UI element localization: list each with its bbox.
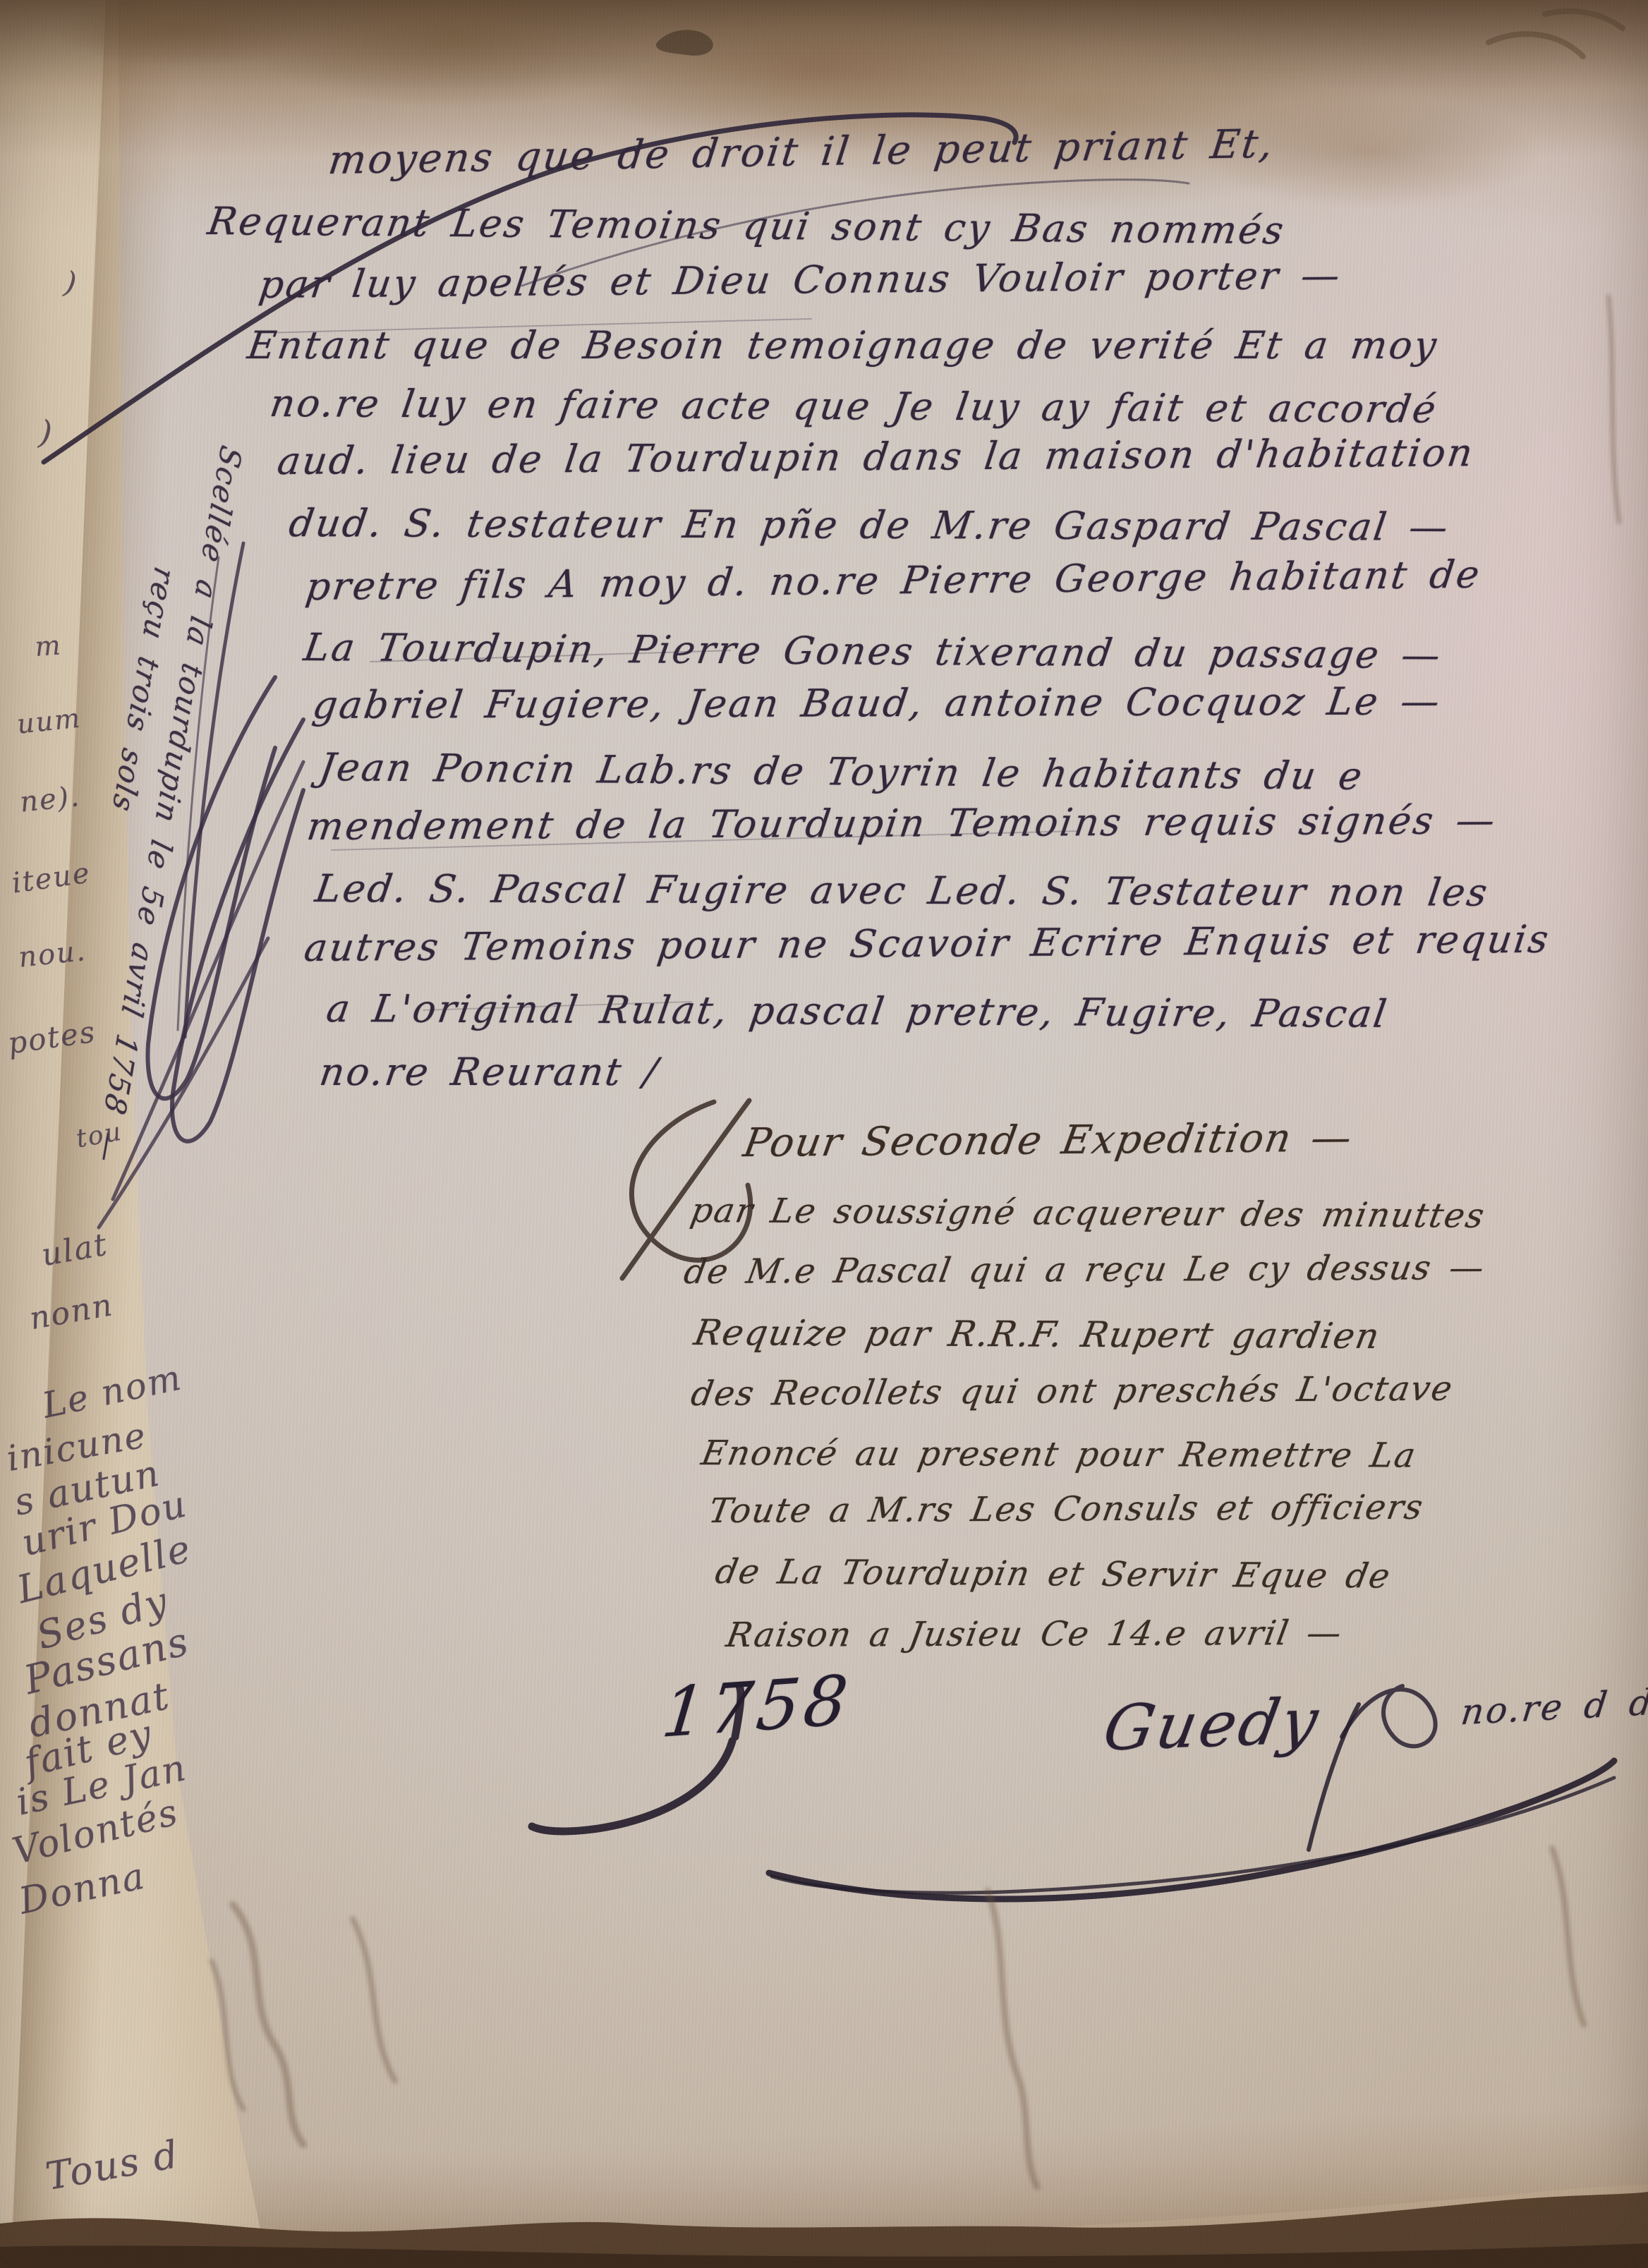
manuscript-line: La Tourdupin, Pierre Gones tixerand du p… [301,625,1446,677]
manuscript-line: Led. S. Pascal Fugire avec Led. S. Testa… [313,866,1492,915]
manuscript-line: a L'original Rulat, pascal pretre, Fugir… [324,986,1391,1036]
signature-suffix: no.re d d [1459,1682,1648,1733]
expedition-line: par Le soussigné acquereur des minuttes [688,1191,1489,1236]
manuscript-photo: moyens que de droit il le peut priant Et… [0,0,1648,2268]
manuscript-line: autres Temoins pour ne Scavoir Ecrire En… [302,917,1553,970]
manuscript-line: no.re luy en faire acte que Je luy ay fa… [267,381,1441,432]
manuscript-line: dud. S. testateur En pñe de M.re Gaspard… [286,501,1453,550]
manuscript-line: par luy apellés et Dieu Connus Vouloir p… [257,253,1345,307]
signature-scribble [1342,1686,1436,1746]
manuscript-line: pretre fils A moy d. no.re Pierre George… [303,552,1484,610]
expedition-line: de M.e Pascal qui a reçu Le cy dessus — [681,1248,1488,1292]
expedition-line: Toute a M.rs Les Consuls et officiers [705,1488,1426,1531]
year-date: 1758 [658,1660,856,1753]
manuscript-line: aud. lieu de la Tourdupin dans la maison… [275,430,1477,483]
manuscript-line: Jean Poncin Lab.rs de Toyrin le habitant… [317,745,1367,799]
facing-page-fragment: m [34,629,63,662]
expedition-line: Enoncé au present pour Remettre La [698,1433,1420,1475]
manuscript-line: Requerant Les Temoins qui sont cy Bas no… [205,199,1289,253]
facing-page-fragment: ne). [18,780,82,819]
signature-paraph [769,1761,1614,1899]
expedition-line: des Recollets qui ont preschés L'octave [689,1369,1457,1414]
notary-signature: Guedy [1098,1684,1326,1764]
expedition-line: Pour Seconde Expedition — [740,1115,1356,1166]
expedition-line: Raison a Jusieu Ce 14.e avril — [723,1613,1345,1655]
crumpled-top-edge [0,0,1648,233]
expedition-line: de La Tourdupin et Servir Eque de [713,1552,1395,1596]
expedition-line: Requize par R.R.F. Rupert gardien [691,1312,1383,1357]
manuscript-line: no.re Reurant / [317,1050,662,1094]
manuscript-line: mendement de la Tourdupin Temoins requis… [304,798,1499,849]
manuscript-line: gabriel Fugiere, Jean Baud, antoine Cocq… [310,679,1444,727]
manuscript-line: Entant que de Besoin temoignage de verit… [245,323,1441,368]
